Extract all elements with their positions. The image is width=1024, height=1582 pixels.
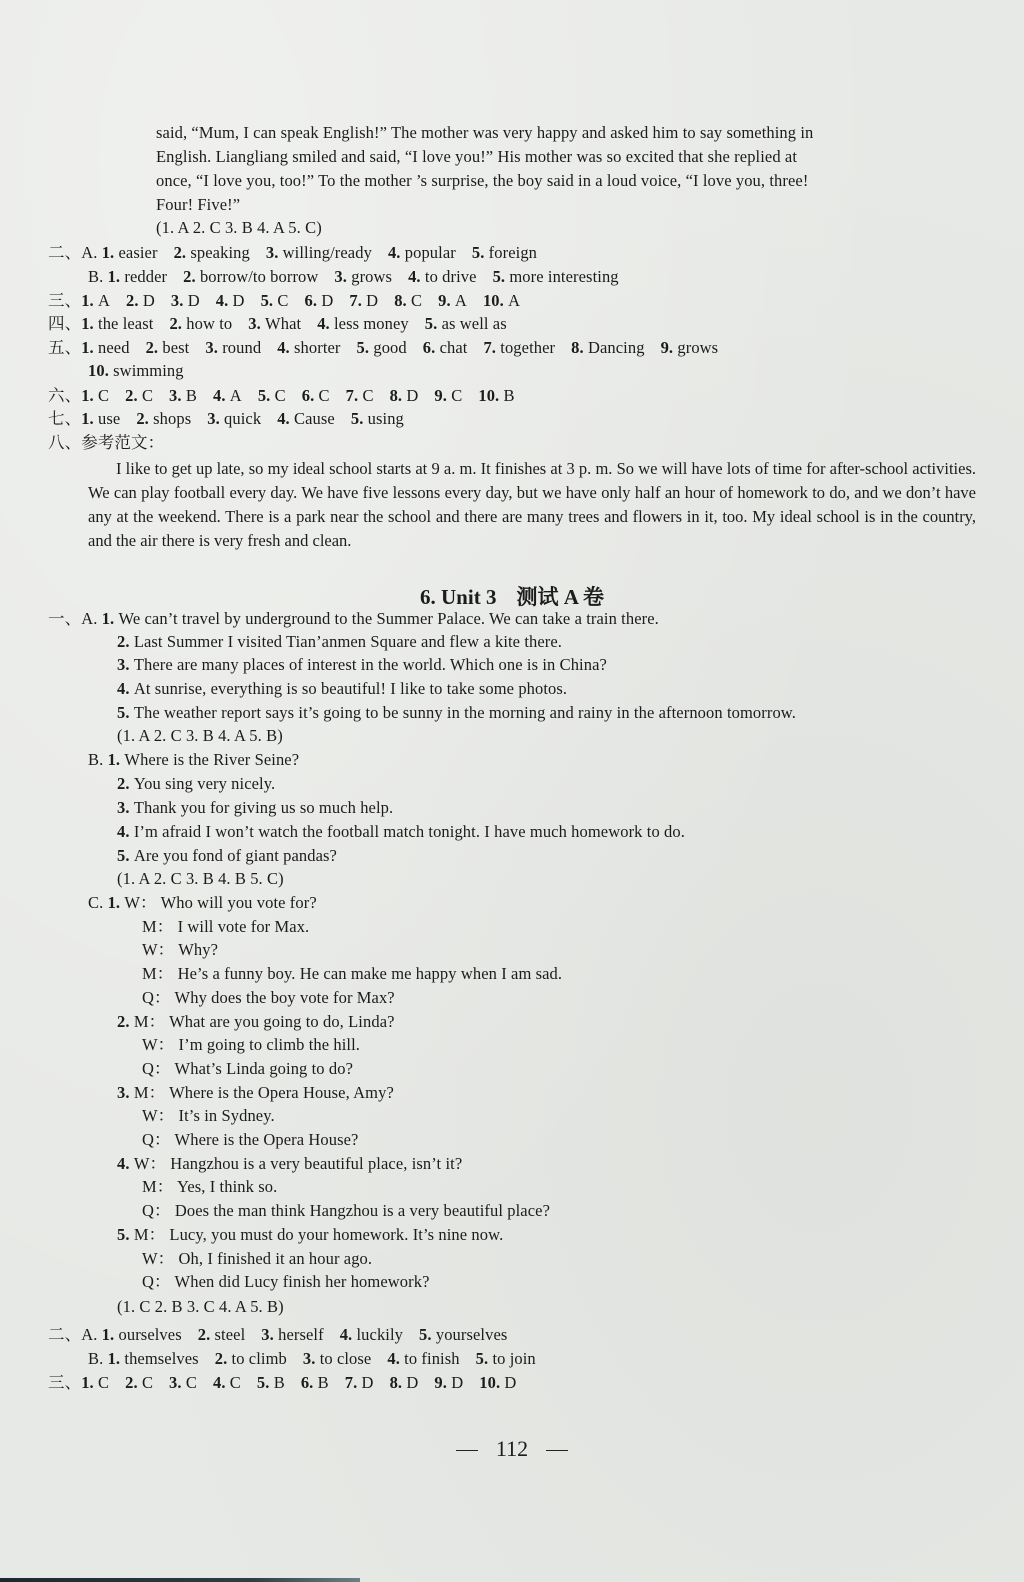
dialogue-line: M： Lucy, you must do your homework. It’s… xyxy=(134,1225,504,1244)
dialogue-line: W： It’s in Sydney. xyxy=(142,1106,275,1126)
section-marker: 三、 xyxy=(48,291,81,310)
answer-item: 6. B xyxy=(301,1373,329,1392)
answer-line: (1. C 2. B 3. C 4. A 5. B) xyxy=(117,1297,284,1317)
section-marker: 七、 xyxy=(48,409,81,428)
answer-item: 9. A xyxy=(438,291,467,310)
section-marker: 五、 xyxy=(48,338,81,357)
answer-item: 2. C xyxy=(125,1373,153,1392)
answer-item: 10. D xyxy=(479,1373,516,1392)
section-five-prev: 五、1. need2. best3. round4. shorter5. goo… xyxy=(48,338,718,358)
section-three-prev: 三、1. A2. D3. D4. D5. C6. D7. D8. C9. A10… xyxy=(48,291,520,311)
answer-item: 8. D xyxy=(390,386,419,405)
section-four-prev: 四、1. the least2. how to3. What4. less mo… xyxy=(48,314,507,334)
answer-item: 2. best xyxy=(146,338,190,357)
answer-item: 6. D xyxy=(305,291,334,310)
answer-item: 2. C xyxy=(125,386,153,405)
dialogue-first-line: C. 1. W： Who will you vote for? xyxy=(88,893,317,913)
answer-item: 5. good xyxy=(357,338,407,357)
answer-item: 1. C xyxy=(81,386,109,405)
script-line: 3. There are many places of interest in … xyxy=(117,655,607,675)
answer-item: 3. quick xyxy=(207,409,261,428)
dialogue-line: Q： What’s Linda going to do? xyxy=(142,1059,353,1079)
answer-item: 7. C xyxy=(346,386,374,405)
script-line: 2. You sing very nicely. xyxy=(117,774,275,794)
unit-three: 三、1. C2. C3. C4. C5. B6. B7. D8. D9. D10… xyxy=(48,1373,516,1393)
unit-title-prefix: 6. Unit 3 xyxy=(420,585,496,609)
answer-items: 1. the least2. how to3. What4. less mone… xyxy=(81,314,507,333)
answer-item: 5. foreign xyxy=(472,243,537,262)
part-label: A. xyxy=(81,609,97,628)
dialogue-line: M： Where is the Opera House, Amy? xyxy=(134,1083,394,1102)
answer-item: 3. There are many places of interest in … xyxy=(117,655,607,674)
answer-item: 4. A xyxy=(213,386,242,405)
answer-item: 10. swimming xyxy=(88,361,184,380)
section-marker: 八、 xyxy=(48,433,81,452)
part-label: A. xyxy=(81,243,97,262)
answer-item: 1. the least xyxy=(81,314,153,333)
answer-item: 1. use xyxy=(81,409,120,428)
passage-line: said, “Mum, I can speak English!” The mo… xyxy=(156,123,813,143)
answer-item: 2. shops xyxy=(136,409,191,428)
answer-item: 5. more interesting xyxy=(493,267,619,286)
answer-items: 10. swimming xyxy=(88,361,184,380)
answer-line: (1. A 2. C 3. B 4. A 5. C) xyxy=(156,218,322,238)
answer-item: 5. C xyxy=(261,291,289,310)
script-line: 5. The weather report says it’s going to… xyxy=(117,703,796,723)
answer-item: 4. At sunrise, everything is so beautifu… xyxy=(117,679,567,698)
dialogue-number: 3. xyxy=(117,1083,134,1102)
unit-one-b-1: B. 1. Where is the River Seine? xyxy=(88,750,299,770)
section-eight-prev-heading: 八、参考范文： xyxy=(48,433,164,453)
answer-items: 1. C2. C3. C4. C5. B6. B7. D8. D9. D10. … xyxy=(81,1373,516,1392)
answer-item: 1. themselves xyxy=(108,1349,199,1368)
answer-item: 6. chat xyxy=(423,338,468,357)
part-label: B. xyxy=(88,267,103,286)
dialogue-line: W： I’m going to climb the hill. xyxy=(142,1035,360,1055)
section-five-prev-cont: 10. swimming xyxy=(88,361,184,381)
answer-item: 3. C xyxy=(169,1373,197,1392)
script-line: 1. We can’t travel by underground to the… xyxy=(102,609,659,628)
answer-item: 5. as well as xyxy=(425,314,507,333)
answer-item: 4. to finish xyxy=(387,1349,459,1368)
unit-one-a-1: 一、A. 1. We can’t travel by underground t… xyxy=(48,609,659,629)
answer-item: 5. to join xyxy=(476,1349,536,1368)
answer-item: 2. D xyxy=(126,291,155,310)
part-label: C. xyxy=(88,893,108,912)
dialogue-line: W： Hangzhou is a very beautiful place, i… xyxy=(134,1154,462,1173)
answer-item: 9. D xyxy=(434,1373,463,1392)
answer-item: 1. Where is the River Seine? xyxy=(108,750,300,769)
answer-item: 3. willing/ready xyxy=(266,243,372,262)
answer-items: 1. redder2. borrow/to borrow3. grows4. t… xyxy=(108,267,619,286)
answer-item: 1. A xyxy=(81,291,110,310)
answer-item: 4. less money xyxy=(317,314,409,333)
section-marker: 六、 xyxy=(48,386,81,405)
answer-item: 4. I’m afraid I won’t watch the football… xyxy=(117,822,685,841)
answer-items: 1. C2. C3. B4. A5. C6. C7. C8. D9. C10. … xyxy=(81,386,514,405)
answer-item: 4. D xyxy=(216,291,245,310)
answer-item: 5. yourselves xyxy=(419,1325,507,1344)
dialogue-line: W： Why? xyxy=(142,940,218,960)
dialogue-number: 1. xyxy=(108,893,125,912)
dialogue-number: 4. xyxy=(117,1154,134,1173)
script-line: 4. At sunrise, everything is so beautifu… xyxy=(117,679,567,699)
dialogue-line: W： Who will you vote for? xyxy=(124,893,316,912)
dialogue-line: M： What are you going to do, Linda? xyxy=(134,1012,395,1031)
answer-item: 9. grows xyxy=(661,338,719,357)
section-marker: 三、 xyxy=(48,1373,81,1392)
page-number-text: 112 xyxy=(496,1436,528,1461)
answer-item: 2. speaking xyxy=(174,243,250,262)
unit-two-a: 二、A. 1. ourselves2. steel3. herself4. lu… xyxy=(48,1325,507,1345)
answer-item: 6. C xyxy=(302,386,330,405)
part-label: B. xyxy=(88,750,103,769)
dialogue-line: Q： Why does the boy vote for Max? xyxy=(142,988,395,1008)
answer-item: 7. together xyxy=(483,338,555,357)
answer-item: 8. Dancing xyxy=(571,338,644,357)
answer-item: 10. B xyxy=(478,386,514,405)
answer-item: 8. C xyxy=(394,291,422,310)
part-label: A. xyxy=(81,1325,97,1344)
answer-item: 3. D xyxy=(171,291,200,310)
answer-item: 10. A xyxy=(483,291,520,310)
answer-item: 2. You sing very nicely. xyxy=(117,774,275,793)
essay-heading: 参考范文： xyxy=(81,433,164,452)
dialogue-line: Q： Does the man think Hangzhou is a very… xyxy=(142,1201,550,1221)
dialogue-first-line: 3. M： Where is the Opera House, Amy? xyxy=(117,1083,394,1103)
part-label: B. xyxy=(88,1349,103,1368)
scan-edge xyxy=(0,1578,360,1582)
answer-item: 3. to close xyxy=(303,1349,371,1368)
answer-item: 4. luckily xyxy=(340,1325,403,1344)
answer-item: 5. using xyxy=(351,409,404,428)
dialogue-line: M： He’s a funny boy. He can make me happ… xyxy=(142,964,562,984)
answer-item: 7. D xyxy=(345,1373,374,1392)
section-two-prev-b: B. 1. redder2. borrow/to borrow3. grows4… xyxy=(88,267,619,287)
answer-item: 1. redder xyxy=(108,267,168,286)
answer-item: 3. grows xyxy=(334,267,392,286)
answer-item: 7. D xyxy=(349,291,378,310)
script-line: 1. Where is the River Seine? xyxy=(108,750,300,769)
answer-item: 3. round xyxy=(205,338,261,357)
answer-key-page: said, “Mum, I can speak English!” The mo… xyxy=(0,0,1024,1582)
answer-items: 1. ourselves2. steel3. herself4. luckily… xyxy=(102,1325,508,1344)
answer-items: 1. use2. shops3. quick4. Cause5. using xyxy=(81,409,404,428)
answer-line: (1. A 2. C 3. B 4. B 5. C) xyxy=(117,869,284,889)
answer-item: 2. to climb xyxy=(215,1349,287,1368)
answer-item: 9. C xyxy=(434,386,462,405)
section-seven-prev: 七、1. use2. shops3. quick4. Cause5. using xyxy=(48,409,404,429)
answer-item: 3. herself xyxy=(261,1325,323,1344)
answer-items: 1. themselves2. to climb3. to close4. to… xyxy=(108,1349,536,1368)
answer-item: 2. steel xyxy=(198,1325,246,1344)
answer-item: 1. easier xyxy=(102,243,158,262)
dash-right xyxy=(546,1450,568,1451)
dialogue-number: 2. xyxy=(117,1012,134,1031)
answer-item: 2. Last Summer I visited Tian’anmen Squa… xyxy=(117,632,562,651)
dialogue-line: W： Oh, I finished it an hour ago. xyxy=(142,1249,372,1269)
answer-item: 2. how to xyxy=(169,314,232,333)
section-marker: 一、 xyxy=(48,609,81,628)
answer-item: 5. C xyxy=(258,386,286,405)
answer-item: 5. B xyxy=(257,1373,285,1392)
answer-item: 3. What xyxy=(248,314,301,333)
script-line: 4. I’m afraid I won’t watch the football… xyxy=(117,822,685,842)
passage-line: Four! Five!” xyxy=(156,195,240,215)
answer-item: 5. Are you fond of giant pandas? xyxy=(117,846,337,865)
answer-item: 8. D xyxy=(390,1373,419,1392)
answer-item: 1. need xyxy=(81,338,129,357)
section-six-prev: 六、1. C2. C3. B4. A5. C6. C7. C8. D9. C10… xyxy=(48,386,515,406)
answer-item: 3. Thank you for giving us so much help. xyxy=(117,798,393,817)
dash-left xyxy=(456,1450,478,1451)
section-two-prev-a: 二、A. 1. easier2. speaking3. willing/read… xyxy=(48,243,537,263)
answer-item: 4. popular xyxy=(388,243,456,262)
section-marker: 二、 xyxy=(48,243,81,262)
answer-items: 1. easier2. speaking3. willing/ready4. p… xyxy=(102,243,537,262)
script-line: 5. Are you fond of giant pandas? xyxy=(117,846,337,866)
page-number: 112 xyxy=(0,1435,1024,1463)
answer-item: 4. C xyxy=(213,1373,241,1392)
dialogue-line: Q： Where is the Opera House? xyxy=(142,1130,358,1150)
section-marker: 二、 xyxy=(48,1325,81,1344)
answer-item: 1. We can’t travel by underground to the… xyxy=(102,609,659,628)
answer-item: 1. ourselves xyxy=(102,1325,182,1344)
answer-item: 4. to drive xyxy=(408,267,476,286)
unit-two-b: B. 1. themselves2. to climb3. to close4.… xyxy=(88,1349,536,1369)
passage-line: once, “I love you, too!” To the mother ’… xyxy=(156,171,808,191)
answer-item: 1. C xyxy=(81,1373,109,1392)
model-essay: I like to get up late, so my ideal schoo… xyxy=(88,457,976,553)
unit-title: 6. Unit 3测试 A 卷 xyxy=(0,584,1024,610)
answer-line: (1. A 2. C 3. B 4. A 5. B) xyxy=(117,726,283,746)
answer-item: 4. shorter xyxy=(277,338,340,357)
answer-item: 4. Cause xyxy=(277,409,335,428)
passage-line: English. Liangliang smiled and said, “I … xyxy=(156,147,797,167)
section-marker: 四、 xyxy=(48,314,81,333)
dialogue-line: Q： When did Lucy finish her homework? xyxy=(142,1272,430,1292)
answer-items: 1. need2. best3. round4. shorter5. good6… xyxy=(81,338,718,357)
script-line: 3. Thank you for giving us so much help. xyxy=(117,798,393,818)
dialogue-number: 5. xyxy=(117,1225,134,1244)
dialogue-first-line: 2. M： What are you going to do, Linda? xyxy=(117,1012,395,1032)
dialogue-line: M： I will vote for Max. xyxy=(142,917,309,937)
answer-item: 3. B xyxy=(169,386,197,405)
dialogue-first-line: 5. M： Lucy, you must do your homework. I… xyxy=(117,1225,503,1245)
unit-title-suffix: 测试 A 卷 xyxy=(516,585,604,609)
answer-item: 5. The weather report says it’s going to… xyxy=(117,703,796,722)
dialogue-line: M： Yes, I think so. xyxy=(142,1177,277,1197)
answer-items: 1. A2. D3. D4. D5. C6. D7. D8. C9. A10. … xyxy=(81,291,520,310)
dialogue-first-line: 4. W： Hangzhou is a very beautiful place… xyxy=(117,1154,462,1174)
answer-item: 2. borrow/to borrow xyxy=(183,267,318,286)
script-line: 2. Last Summer I visited Tian’anmen Squa… xyxy=(117,632,562,652)
